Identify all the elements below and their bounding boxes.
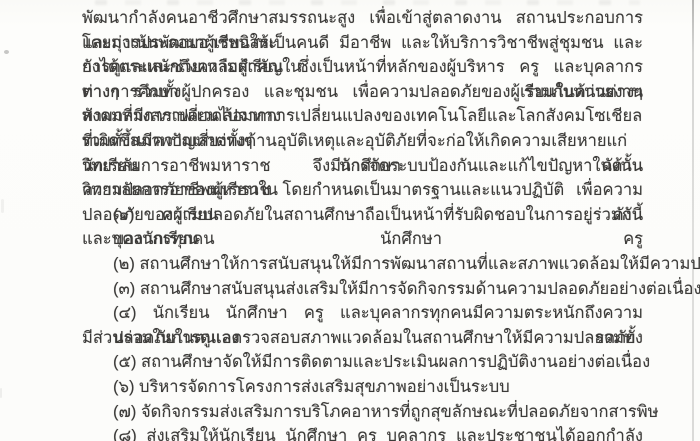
scan-speck [1, 199, 4, 213]
scanned-document-page: พัฒนากำลังคนอาชีวศึกษาสมรรถนะสูง เพื่อเข… [0, 0, 700, 441]
text-line: (๖) บริหารจัดการโครงการส่งเสริมสุขภาพอย่… [82, 375, 643, 400]
text-line: (๕) สถานศึกษาจัดให้มีการติดตามและประเมิน… [82, 350, 643, 375]
text-line: (๘) ส่งเสริมให้นักเรียน นักศึกษา ครู บุค… [82, 424, 643, 441]
text-line: โดยมุ่งเน้นพัฒนาผู้เรียนให้เป็นคนดี มีอา… [82, 31, 643, 56]
text-line: (๔) นักเรียน นักศึกษา ครู และบุคลากรทุกค… [82, 301, 643, 326]
text-line: (๗) จัดกิจกรรมส่งเสริมการบริโภคอาหารที่ถ… [82, 400, 643, 425]
text-line: มีส่วนร่วมในการดูแลตรวจสอบสภาพแวดล้อมในส… [82, 326, 643, 351]
scan-page-edge-line [692, 0, 694, 441]
text-line: (๑) ความปลอดภัยในสถานศึกษาถือเป็นหน้าที่… [82, 203, 643, 228]
text-line: พัฒนากำลังคนอาชีวศึกษาสมรรถนะสูง เพื่อเข… [82, 6, 643, 31]
text-line: การดูแลและช่วยเหลือผู้เรียน ซึ่งเป็นหน้า… [82, 55, 643, 80]
text-line: (๓) สถานศึกษาสนับสนุนส่งเสริมให้มีการจัด… [82, 277, 643, 302]
scan-speck [0, 388, 2, 398]
text-line: วิทยาลัยการอาชีพมหาราช โดยกำหนดเป็นมาตรฐ… [82, 178, 643, 203]
text-line: ต่างๆ รวมทั้งผู้ปกครอง และชุมชน เพื่อควา… [82, 80, 643, 105]
text-line: วิทยาลัยการอาชีพมหาราช จึงมีการจัดระบบป้… [82, 154, 643, 179]
text-line: สังคมที่มีการเปลี่ยนไปจากการเปลี่ยนแปลงข… [82, 104, 643, 129]
text-line: (๒) สถานศึกษาให้การสนับสนุนให้มีการพัฒนา… [82, 252, 643, 277]
scan-speck [4, 50, 9, 54]
document-body: พัฒนากำลังคนอาชีวศึกษาสมรรถนะสูง เพื่อเข… [82, 0, 643, 441]
text-line: ที่เกิดขึ้นมีความเสี่ยงทั้งด้านอุบัติเหต… [82, 129, 643, 154]
